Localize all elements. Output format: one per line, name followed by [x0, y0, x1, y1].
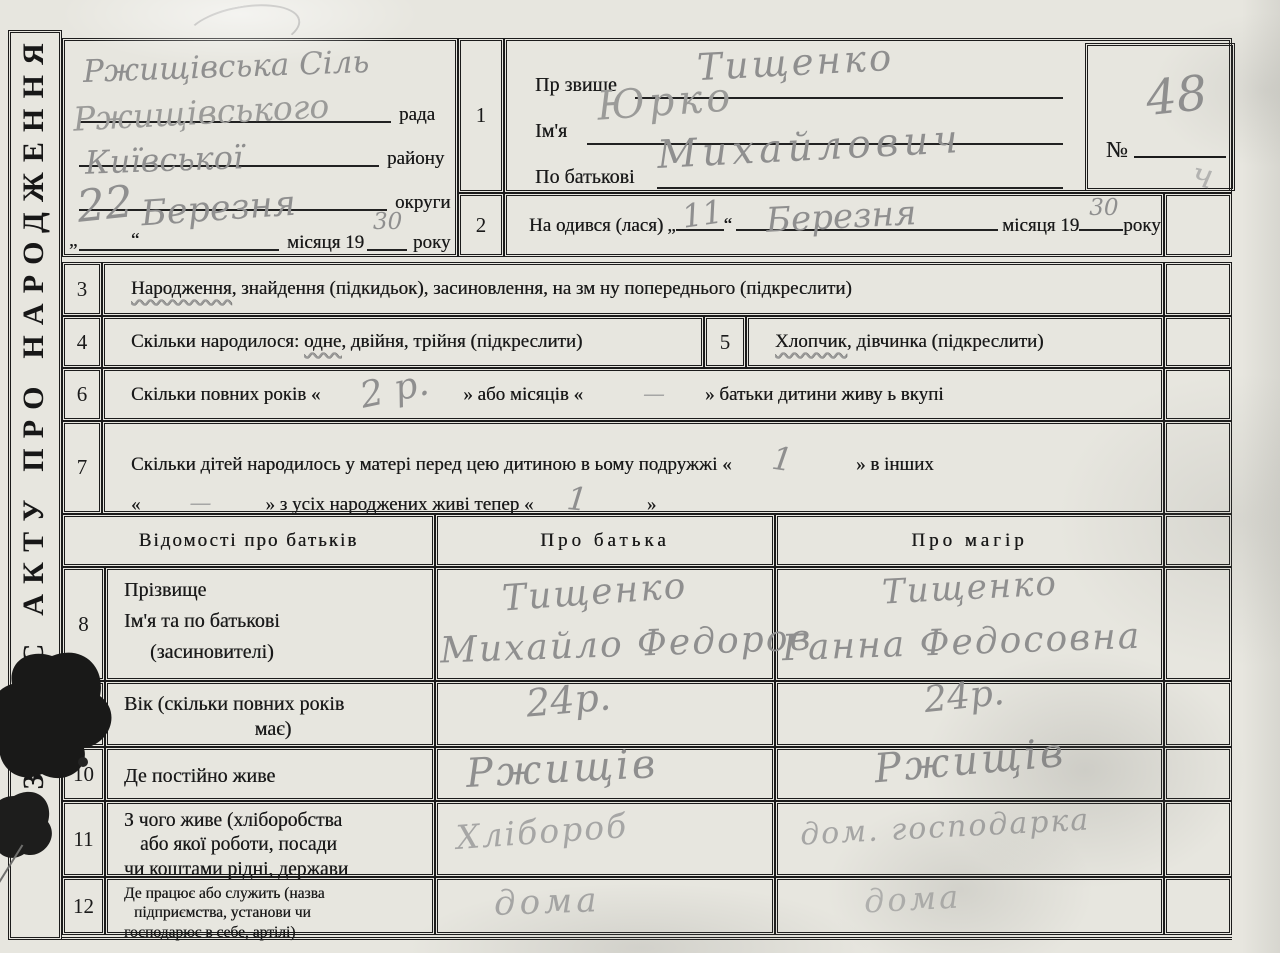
row7-p2: » в інших — [856, 454, 934, 475]
birthdate-row: На одився (лася) „11“ Березня місяця 193… — [504, 193, 1164, 257]
row7-number-cell: 7 — [62, 421, 102, 514]
birth-day-handwriting: 11 — [679, 192, 725, 235]
row6-number: 6 — [77, 382, 88, 407]
father-workplace-handwriting: дома — [493, 880, 601, 924]
name-handwriting: Юрко — [596, 74, 736, 129]
father-name-handwriting: Михайло Федоров — [439, 618, 813, 672]
birth-year-handwriting: 30 — [1089, 195, 1118, 221]
row8-label-line3: (засиновителі) — [150, 640, 422, 665]
row7-dash-handwriting: — — [190, 491, 212, 516]
number-box: № 48 ч — [1085, 43, 1235, 191]
row6-months-handwriting: — — [643, 382, 665, 407]
row11-father-cell: Хлібороб — [435, 801, 775, 877]
number-handwriting: 48 — [1143, 65, 1210, 127]
father-header-label: Про батька — [540, 529, 669, 553]
row7-cell: Скільки дітей народилось у матері перед … — [102, 421, 1164, 514]
mother-occupation-handwriting: дом. господарка — [799, 802, 1091, 852]
bottom-frame-line — [62, 937, 1232, 940]
number-label: № — [1106, 136, 1128, 165]
born-mid-label: місяця 19 — [1002, 215, 1079, 236]
row7-count2-handwriting: 1 — [566, 479, 590, 519]
row2-number: 2 — [476, 213, 487, 238]
row9-father-cell: 24р. — [435, 681, 775, 747]
parents-header-left-label: Відомості про батьків — [139, 529, 359, 553]
parents-header-left: Відомості про батьків — [62, 514, 435, 567]
narrow-cell-r11 — [1164, 801, 1232, 877]
row10-label-cell: Де постійно живе — [105, 747, 435, 801]
mother-surname-handwriting: Тищенко — [881, 563, 1059, 612]
row6-p1: Скільки повних років « — [131, 383, 320, 407]
narrow-cell-r10 — [1164, 747, 1232, 801]
date-day-handwriting: 22 — [74, 176, 135, 233]
row8-label-line2: Ім'я та по батькові — [124, 609, 422, 634]
row6-p3: » батьки дитини живу ь вкупі — [705, 383, 944, 407]
row11-mother-cell: дом. господарка — [775, 801, 1164, 877]
row12-label-line1: Де працює або служить (назва — [124, 884, 422, 903]
born-close-quote: “ — [724, 215, 732, 236]
date-open-quote: „ — [69, 229, 77, 253]
father-residence-handwriting: Ржищів — [465, 741, 659, 797]
row10-label: Де постійно живе — [124, 764, 275, 789]
row6-cell: Скільки повних років « 2 р. » або місяці… — [102, 368, 1164, 421]
row4-number: 4 — [77, 330, 88, 355]
row7-count1-handwriting: 1 — [769, 439, 794, 479]
narrow-cell-r3 — [1164, 262, 1232, 316]
row7-p3: « — [131, 494, 141, 515]
row5-cell: Хлопчик, дівчинка (підкреслити) — [746, 316, 1164, 368]
narrow-cell-r12 — [1164, 877, 1232, 935]
row8-number: 8 — [78, 612, 89, 637]
row7-p1: Скільки дітей народилось у матері перед … — [131, 454, 732, 475]
row12-mother-cell: дома — [775, 877, 1164, 935]
narrow-cell-r9 — [1164, 681, 1232, 747]
admin-box: Ржищівська Сіль рада Ржищівського району… — [62, 38, 458, 257]
parents-header-mother: Про магір — [775, 514, 1164, 567]
name-label: Ім'я — [535, 119, 567, 144]
father-surname-handwriting: Тищенко — [501, 566, 689, 620]
row6-number-cell: 6 — [62, 368, 102, 421]
row9-label-cell: Вік (скільки повних років має) — [105, 681, 435, 747]
row5-number-cell: 5 — [704, 316, 746, 368]
row9-label-line1: Вік (скільки повних років — [124, 692, 422, 717]
row11-label-line1: З чого живе (хліборобства — [124, 809, 422, 833]
narrow-cell-r6 — [1164, 368, 1232, 421]
row4-text-prefix: Скільки народилося: — [131, 331, 304, 352]
parents-header-father: Про батька — [435, 514, 775, 567]
row1-number-cell: 1 — [458, 38, 504, 193]
row7-number: 7 — [77, 455, 88, 480]
row8-label-cell: Прізвище Ім'я та по батькові (засиновите… — [105, 567, 435, 681]
row5-number: 5 — [720, 330, 731, 355]
stray-mark-handwriting: ч — [1188, 154, 1217, 198]
narrow-cell-r8 — [1164, 567, 1232, 681]
born-end-label: року — [1123, 215, 1160, 236]
row10-mother-cell: Ржищів — [775, 747, 1164, 801]
narrow-cell-r2 — [1164, 193, 1232, 257]
row2-number-cell: 2 — [458, 193, 504, 257]
birth-month-handwriting: Березня — [765, 193, 917, 241]
row3-cell: Народження, знайдення (підкидьок), засин… — [102, 262, 1164, 316]
district-label: району — [387, 147, 444, 171]
row3-text: , знайдення (підкидьок), засиновлення, н… — [232, 278, 852, 299]
row3-underlined-word: Народження — [131, 278, 232, 299]
father-occupation-handwriting: Хлібороб — [455, 806, 630, 857]
father-age-handwriting: 24р. — [524, 674, 612, 725]
child-name-box: Пр звище Тищенко Ім'я Юрко По батькові М… — [504, 38, 1232, 193]
mother-age-handwriting: 24р. — [922, 672, 1006, 721]
row4-underlined-word: одне — [304, 331, 341, 352]
row11-label-cell: З чого живе (хліборобства або якої робот… — [105, 801, 435, 877]
row1-number: 1 — [476, 103, 487, 128]
row6-p2: » або місяців « — [463, 383, 583, 407]
row3-number-cell: 3 — [62, 262, 102, 316]
row12-father-cell: дома — [435, 877, 775, 935]
row4-text: , двійня, трійня (підкреслити) — [341, 331, 582, 352]
row8-father-cell: Тищенко Михайло Федоров — [435, 567, 775, 681]
row10-father-cell: Ржищів — [435, 747, 775, 801]
mother-header-label: Про магір — [911, 529, 1027, 553]
district-handwriting: Ржищівського — [72, 86, 330, 138]
scanned-birth-record: ЗАПИС АКТУ ПРО НАРОДЖЕННЯ Ржищівська Сіл… — [0, 0, 1280, 953]
date-mid-label: місяця 19 — [287, 231, 364, 255]
row8-mother-cell: Тищенко Ганна Федосовна — [775, 567, 1164, 681]
mother-name-handwriting: Ганна Федосовна — [781, 616, 1141, 670]
council-handwriting: Ржищівська Сіль — [82, 44, 369, 90]
mother-workplace-handwriting: дома — [863, 877, 962, 920]
date-end-label: року — [413, 231, 450, 255]
council-label: рада — [399, 103, 435, 127]
narrow-cell-r7 — [1164, 421, 1232, 514]
born-label: На одився (лася) — [529, 215, 663, 236]
born-open-quote: „ — [667, 215, 675, 236]
row7-p5: » — [647, 494, 657, 515]
patronymic-label: По батькові — [535, 165, 635, 190]
row6-years-handwriting: 2 р. — [357, 362, 433, 416]
row4-cell: Скільки народилося: одне, двійня, трійня… — [102, 316, 704, 368]
narrow-cell-r45 — [1164, 316, 1232, 368]
row11-label-line2: або якої роботи, посади — [140, 833, 422, 857]
row12-label-cell: Де працює або служить (назва підприємств… — [105, 877, 435, 935]
ink-blot — [0, 638, 134, 908]
narrow-cell-hdr — [1164, 514, 1232, 567]
row7-p4: » з усіх народжених живі тепер « — [266, 494, 534, 515]
row9-label-line2: має) — [124, 717, 422, 742]
row4-number-cell: 4 — [62, 316, 102, 368]
row5-text: , дівчинка (підкреслити) — [847, 331, 1044, 352]
row3-number: 3 — [77, 277, 88, 302]
row12-label-line2: підприємства, установи чи — [134, 903, 422, 922]
row5-underlined-word: Хлопчик — [775, 331, 847, 352]
okruha-handwriting: Київської — [84, 138, 243, 181]
row8-label-line1: Прізвище — [124, 578, 422, 603]
okruha-label: округи — [395, 191, 450, 215]
